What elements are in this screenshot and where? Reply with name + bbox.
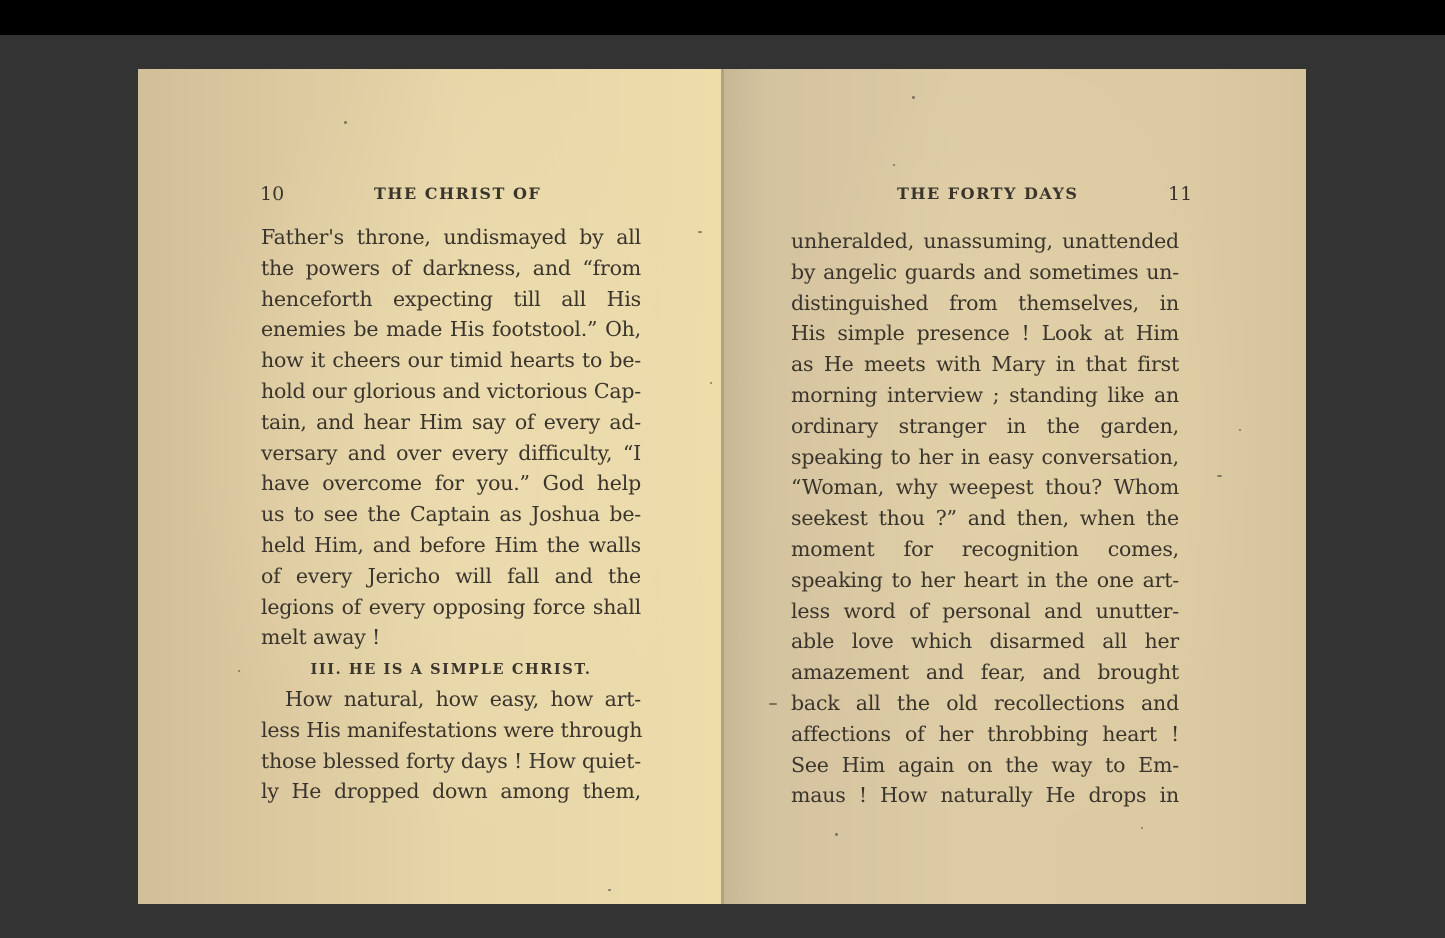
text-line: morning interview ; standing like an: [791, 380, 1179, 411]
book-spread: 10 THE CHRIST OF Father's throne, undism…: [138, 69, 1306, 904]
text-line: See Him again on the way to Em-: [791, 750, 1179, 781]
text-line: by angelic guards and sometimes un-: [791, 257, 1179, 288]
running-head: THE CHRIST OF: [374, 181, 541, 207]
text-line: maus ! How naturally He drops in: [791, 780, 1179, 811]
left-page: 10 THE CHRIST OF Father's throne, undism…: [138, 69, 721, 904]
page-number: 11: [1168, 181, 1192, 207]
right-page-text: unheralded, unassuming, unattended by an…: [791, 226, 1179, 811]
text-line: moment for recognition comes,: [791, 534, 1179, 565]
text-line: those blessed forty days ! How quiet-: [261, 746, 641, 777]
text-line: how it cheers our timid hearts to be-: [261, 345, 641, 376]
right-page: THE FORTY DAYS 11 unheralded, unassuming…: [721, 69, 1306, 904]
paper-speck: [835, 833, 838, 836]
text-line: amazement and fear, and brought: [791, 657, 1179, 688]
paper-speck: [238, 670, 240, 672]
text-line: able love which disarmed all her: [791, 626, 1179, 657]
paper-speck: [912, 96, 915, 99]
text-line: henceforth expecting till all His: [261, 284, 641, 315]
text-line: ly He dropped down among them,: [261, 776, 641, 807]
text-line: less word of personal and unutter-: [791, 596, 1179, 627]
text-line: versary and over every difficulty, “I: [261, 438, 641, 469]
text-line: ordinary stranger in the garden,: [791, 411, 1179, 442]
text-line: How natural, how easy, how art-: [261, 684, 641, 715]
text-line: of every Jericho will fall and the: [261, 561, 641, 592]
text-line: melt away !: [261, 622, 641, 653]
text-line: speaking to her heart in the one art-: [791, 565, 1179, 596]
paper-speck: [1239, 429, 1241, 431]
text-line: Father's throne, undismayed by all: [261, 222, 641, 253]
text-line: “Woman, why weepest thou? Whom: [791, 472, 1179, 503]
section-heading: III. HE IS A SIMPLE CHRIST.: [261, 653, 641, 684]
text-line: enemies be made His footstool.” Oh,: [261, 314, 641, 345]
left-page-text: Father's throne, undismayed by all the p…: [261, 222, 641, 807]
paper-speck: [344, 121, 347, 124]
text-line: back all the old recollections and: [791, 688, 1179, 719]
text-line: us to see the Captain as Joshua be-: [261, 499, 641, 530]
text-line: have overcome for you.” God help: [261, 468, 641, 499]
paper-speck: [893, 164, 895, 166]
text-line: the powers of darkness, and “from: [261, 253, 641, 284]
paper-speck: [1217, 475, 1222, 477]
paper-speck: [698, 231, 702, 233]
book-spine: [721, 69, 724, 904]
text-line: unheralded, unassuming, unattended: [791, 226, 1179, 257]
text-line: held Him, and before Him the walls: [261, 530, 641, 561]
text-line: tain, and hear Him say of every ad-: [261, 407, 641, 438]
paper-speck: [608, 889, 611, 891]
text-line: hold our glorious and victorious Cap-: [261, 376, 641, 407]
page-number: 10: [260, 181, 284, 207]
paper-speck: [710, 382, 712, 384]
text-line: less His manifestations were through: [261, 715, 641, 746]
text-line: speaking to her in easy conversation,: [791, 442, 1179, 473]
top-bar: [0, 0, 1445, 35]
running-head: THE FORTY DAYS: [897, 181, 1078, 207]
text-line: as He meets with Mary in that first: [791, 349, 1179, 380]
text-line: legions of every opposing force shall: [261, 592, 641, 623]
text-line: distinguished from themselves, in: [791, 288, 1179, 319]
text-line: His simple presence ! Look at Him: [791, 318, 1179, 349]
text-line: seekest thou ?” and then, when the: [791, 503, 1179, 534]
paper-speck: [769, 703, 777, 705]
text-line: affections of her throbbing heart !: [791, 719, 1179, 750]
paper-speck: [1141, 827, 1143, 829]
